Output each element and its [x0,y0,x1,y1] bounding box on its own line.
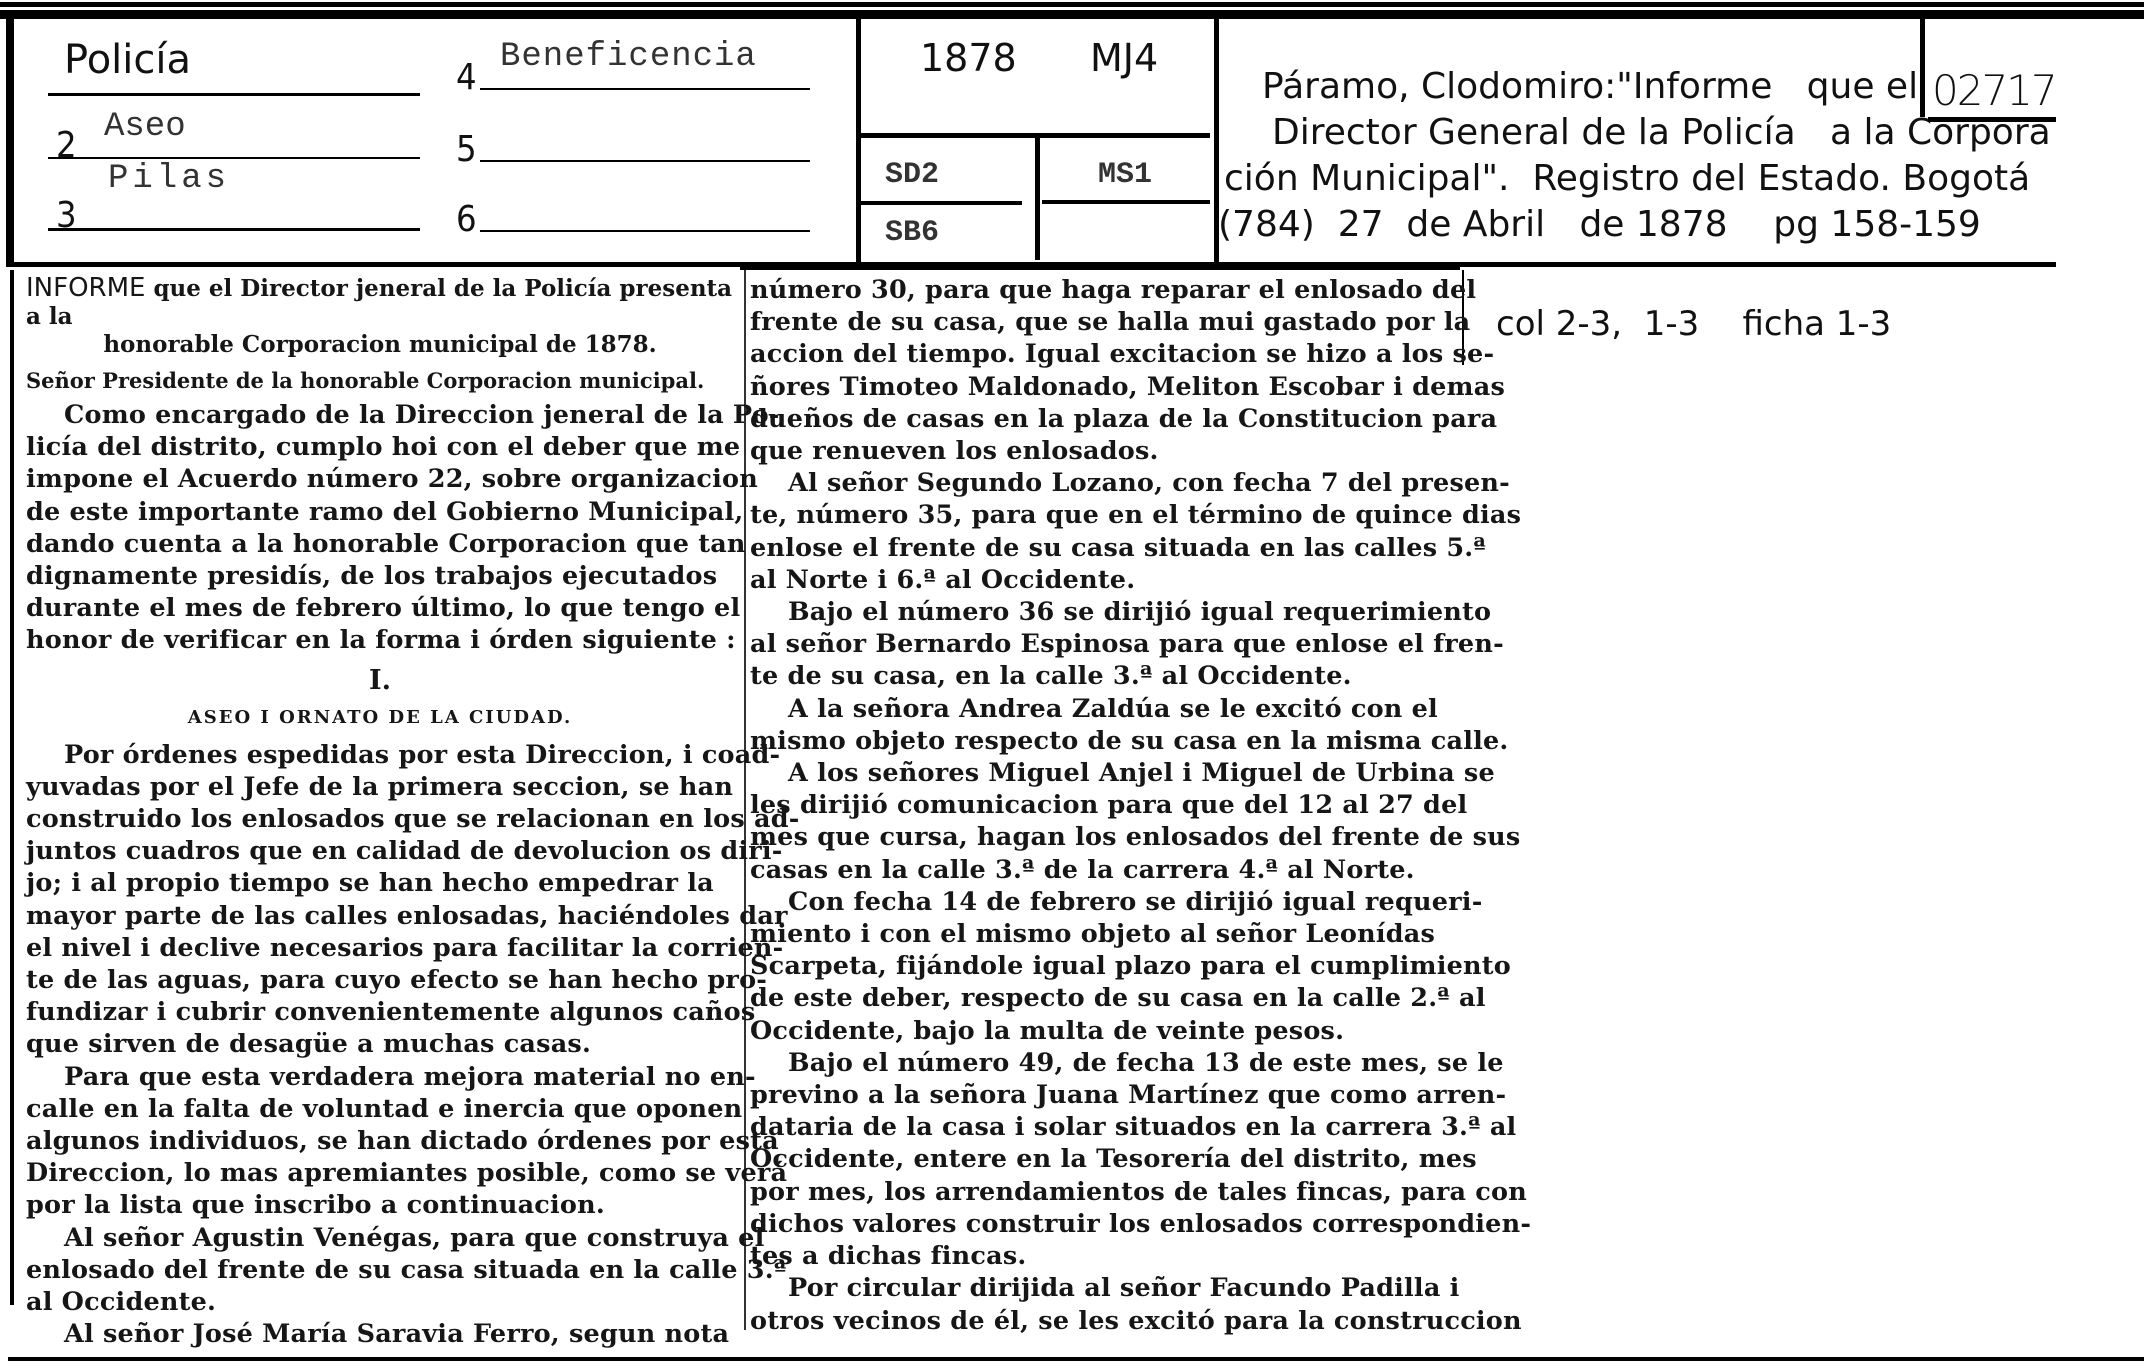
article-title: INFORME que el Director jeneral de la Po… [26,274,734,331]
article-title-line-2: honorable Corporacion municipal de 1878. [26,331,734,359]
text-line: de este deber, respecto de su casa en la… [750,982,1458,1014]
salutation: Señor Presidente de la honorable Corpora… [26,367,734,395]
text-line: por mes, los arrendamientos de tales fin… [750,1176,1458,1208]
text-line: enlose el frente de su casa situada en l… [750,532,1458,564]
text-line: dichos valores construir los enlosados c… [750,1208,1458,1240]
text-line: al señor Bernardo Espinosa para que enlo… [750,628,1458,660]
paragraph-section-1: Por órdenes espedidas por esta Direccion… [26,739,734,1351]
category-3-line [48,228,420,231]
text-line: impone el Acuerdo número 22, sobre organ… [26,463,734,495]
text-line: Para que esta verdadera mejora material … [26,1061,734,1093]
text-line: Al señor José María Saravia Ferro, segun… [26,1318,734,1350]
text-line: Bajo el número 36 se dirijió igual reque… [750,596,1458,628]
text-line: dueños de casas en la plaza de la Consti… [750,403,1458,435]
text-line: licía del distrito, cumplo hoi con el de… [26,431,734,463]
text-line: mismo objeto respecto de su casa en la m… [750,725,1458,757]
card-number-box-left [1920,15,1925,117]
code-grid-vertical-divider [1035,138,1040,260]
text-line: jo; i al propio tiempo se han hecho empe… [26,867,734,899]
ms-code: MS1 [1098,158,1152,192]
text-line: Al señor Segundo Lozano, con fecha 7 del… [750,467,1458,499]
text-line: calle en la falta de voluntad e inercia … [26,1093,734,1125]
reference-line-3: ción Municipal". Registro del Estado. Bo… [1218,156,2068,202]
text-line: mes que cursa, hagan los enlosados del f… [750,821,1458,853]
text-line: casas en la calle 3.ª de la carrera 4.ª … [750,854,1458,886]
text-line: te, número 35, para que en el término de… [750,499,1458,531]
text-line: Direccion, lo mas apremiantes posible, c… [26,1157,734,1189]
text-line: te de su casa, en la calle 3.ª al Occide… [750,660,1458,692]
text-line: el nivel i declive necesarios para facil… [26,932,734,964]
text-line: te de las aguas, para cuyo efecto se han… [26,964,734,996]
category-1-label: Policía [64,40,191,80]
category-fields: Policía 2 Aseo Pilas 3 4 Beneficencia 5 … [0,0,855,262]
category-4-line [480,88,810,90]
clipping-bottom-border [8,1357,2144,1361]
year-code: 1878 [920,36,1017,80]
ms-underline [1042,200,1210,204]
text-line: al Norte i 6.ª al Occidente. [750,564,1458,596]
text-line: Como encargado de la Direccion jeneral d… [26,399,734,431]
text-line: ñores Timoteo Maldonado, Meliton Escobar… [750,371,1458,403]
card-number: 02717 [1932,66,2056,115]
text-line: honor de verificar en la forma i órden s… [26,624,734,656]
text-line: número 30, para que haga reparar el enlo… [750,274,1458,306]
clipping-top-border [740,266,1460,270]
text-line: otros vecinos de él, se les excitó para … [750,1305,1458,1337]
card-number-box-bottom [1928,117,2056,122]
text-line: les dirijió comunicacion para que del 12… [750,789,1458,821]
category-2-line [48,157,420,159]
location-note: col 2-3, 1-3 ficha 1-3 [1496,304,1891,344]
clipping-left-border [10,270,14,1305]
category-1-line [48,93,420,96]
category-4-number: 4 [456,60,477,96]
category-2-label: Aseo [104,110,186,144]
section-number: I. [26,661,734,701]
section-title: ASEO I ORNATO DE LA CIUDAD. [26,701,734,735]
category-4-label: Beneficencia [500,40,757,74]
text-line: Por órdenes espedidas por esta Direccion… [26,739,734,771]
category-5-number: 5 [456,132,477,168]
text-line: enlosado del frente de su casa situada e… [26,1254,734,1286]
text-line: durante el mes de febrero último, lo que… [26,592,734,624]
text-line: yuvadas por el Jefe de la primera seccio… [26,771,734,803]
text-line: tes a dichas fincas. [750,1240,1458,1272]
paragraph-intro: Como encargado de la Direccion jeneral d… [26,399,734,657]
text-line: fundizar i cubrir convenientemente algun… [26,996,734,1028]
category-6-number: 6 [456,202,477,238]
category-3-label: Pilas [108,162,230,196]
text-line: Al señor Agustin Venégas, para que const… [26,1222,734,1254]
text-line: dando cuenta a la honorable Corporacion … [26,528,734,560]
text-line: juntos cuadros que en calidad de devoluc… [26,835,734,867]
text-line: Con fecha 14 de febrero se dirijió igual… [750,886,1458,918]
category-5-line [480,160,810,162]
text-line: frente de su casa, que se halla mui gast… [750,306,1458,338]
text-line: accion del tiempo. Igual excitacion se h… [750,338,1458,370]
clipping-column-1: INFORME que el Director jeneral de la Po… [26,274,734,1350]
text-line: Occidente, bajo la multa de veinte pesos… [750,1015,1458,1047]
text-line: que renueven los enlosados. [750,435,1458,467]
text-line: algunos individuos, se han dictado órden… [26,1125,734,1157]
category-6-line [480,230,810,232]
text-line: construido los enlosados que se relacion… [26,803,734,835]
article-title-lead: INFORME [26,273,145,303]
text-line: mayor parte de las calles enlosadas, hac… [26,900,734,932]
text-line: previno a la señora Juana Martínez que c… [750,1079,1458,1111]
text-line: de este importante ramo del Gobierno Mun… [26,496,734,528]
sd-underline [860,201,1022,205]
reference-line-4: (784) 27 de Abril de 1878 pg 158-159 [1218,202,2068,248]
clipping-column-2: número 30, para que haga reparar el enlo… [750,274,1458,1337]
code-grid-left-border [856,15,861,265]
text-line: al Occidente. [26,1286,734,1318]
text-line: Bajo el número 49, de fecha 13 de este m… [750,1047,1458,1079]
text-line: dignamente presidís, de los trabajos eje… [26,560,734,592]
top-code: MJ4 [1090,36,1158,80]
text-line: A la señora Andrea Zaldúa se le excitó c… [750,693,1458,725]
text-line: que sirven de desagüe a muchas casas. [26,1028,734,1060]
text-line: A los señores Miguel Anjel i Miguel de U… [750,757,1458,789]
text-line: Occidente, entere en la Tesorería del di… [750,1143,1458,1175]
text-line: miento i con el mismo objeto al señor Le… [750,918,1458,950]
sd-code: SD2 [885,158,939,192]
text-line: Por circular dirijida al señor Facundo P… [750,1272,1458,1304]
text-line: Scarpeta, fijándole igual plazo para el … [750,950,1458,982]
text-line: por la lista que inscribo a continuacion… [26,1189,734,1221]
text-line: dataria de la casa i solar situados en l… [750,1111,1458,1143]
sb-code: SB6 [885,216,939,250]
